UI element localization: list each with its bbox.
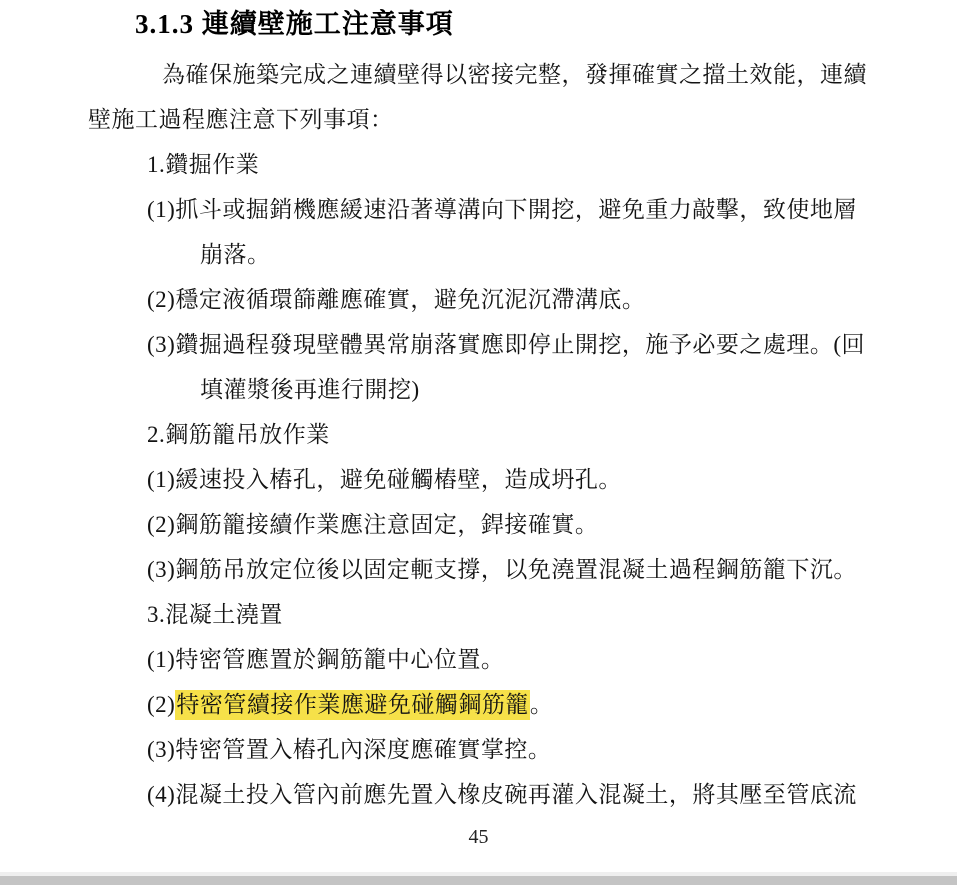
- line-text: 1.鑽掘作業: [147, 152, 259, 177]
- page-footer: 45: [0, 826, 957, 849]
- line-text-prefix: (2): [147, 692, 175, 717]
- page-number: 45: [469, 826, 489, 848]
- list-item-highlighted: (2)特密管續接作業應避免碰觸鋼筋籠。: [0, 682, 957, 727]
- line-text: 崩落。: [200, 242, 271, 267]
- paragraph-line: 為確保施築完成之連續壁得以密接完整，發揮確實之擋土效能，連續: [0, 52, 957, 97]
- list-item: 1.鑽掘作業: [0, 142, 957, 187]
- highlighted-text: 特密管續接作業應避免碰觸鋼筋籠: [175, 690, 530, 720]
- line-text-suffix: 。: [530, 692, 554, 717]
- list-item-continuation: 崩落。: [0, 232, 957, 277]
- line-text: (3)特密管置入樁孔內深度應確實掌控。: [147, 737, 551, 762]
- line-text: 2.鋼筋籠吊放作業: [147, 422, 330, 447]
- list-item: (4)混凝土投入管內前應先置入橡皮碗再灌入混凝土，將其壓至管底流: [0, 772, 957, 817]
- line-text: (1)抓斗或掘銷機應緩速沿著導溝向下開挖，避免重力敲擊，致使地層: [147, 197, 857, 222]
- line-text: (3)鋼筋吊放定位後以固定軛支撐，以免澆置混凝土過程鋼筋籠下沉。: [147, 557, 857, 582]
- horizontal-scrollbar[interactable]: [0, 876, 957, 885]
- list-item: 3.混凝土澆置: [0, 592, 957, 637]
- list-item: (1)特密管應置於鋼筋籠中心位置。: [0, 637, 957, 682]
- line-text: 壁施工過程應注意下列事項：: [88, 107, 394, 132]
- document-page: 3.1.3 連續壁施工注意事項 為確保施築完成之連續壁得以密接完整，發揮確實之擋…: [0, 0, 957, 885]
- line-text: 3.混凝土澆置: [147, 602, 283, 627]
- line-text: 填灌漿後再進行開挖): [200, 377, 420, 402]
- line-text: (1)緩速投入樁孔，避免碰觸樁壁，造成坍孔。: [147, 467, 622, 492]
- line-text: (3)鑽掘過程發現壁體異常崩落實應即停止開挖，施予必要之處理。(回: [147, 332, 865, 357]
- list-item: (2)鋼筋籠接續作業應注意固定，銲接確實。: [0, 502, 957, 547]
- list-item: 2.鋼筋籠吊放作業: [0, 412, 957, 457]
- line-text: (2)穩定液循環篩離應確實，避免沉泥沉滯溝底。: [147, 287, 645, 312]
- list-item: (3)鋼筋吊放定位後以固定軛支撐，以免澆置混凝土過程鋼筋籠下沉。: [0, 547, 957, 592]
- paragraph-line: 壁施工過程應注意下列事項：: [0, 97, 957, 142]
- section-heading: 3.1.3 連續壁施工注意事項: [0, 0, 957, 42]
- line-text: (1)特密管應置於鋼筋籠中心位置。: [147, 647, 504, 672]
- list-item: (3)特密管置入樁孔內深度應確實掌控。: [0, 727, 957, 772]
- list-item-continuation: 填灌漿後再進行開挖): [0, 367, 957, 412]
- list-item: (1)緩速投入樁孔，避免碰觸樁壁，造成坍孔。: [0, 457, 957, 502]
- line-text: (2)鋼筋籠接續作業應注意固定，銲接確實。: [147, 512, 598, 537]
- list-item: (2)穩定液循環篩離應確實，避免沉泥沉滯溝底。: [0, 277, 957, 322]
- list-item: (3)鑽掘過程發現壁體異常崩落實應即停止開挖，施予必要之處理。(回: [0, 322, 957, 367]
- line-text: 為確保施築完成之連續壁得以密接完整，發揮確實之擋土效能，連續: [162, 62, 867, 87]
- line-text: (4)混凝土投入管內前應先置入橡皮碗再灌入混凝土，將其壓至管底流: [147, 782, 857, 807]
- document-body: 為確保施築完成之連續壁得以密接完整，發揮確實之擋土效能，連續 壁施工過程應注意下…: [0, 52, 957, 817]
- list-item: (1)抓斗或掘銷機應緩速沿著導溝向下開挖，避免重力敲擊，致使地層: [0, 187, 957, 232]
